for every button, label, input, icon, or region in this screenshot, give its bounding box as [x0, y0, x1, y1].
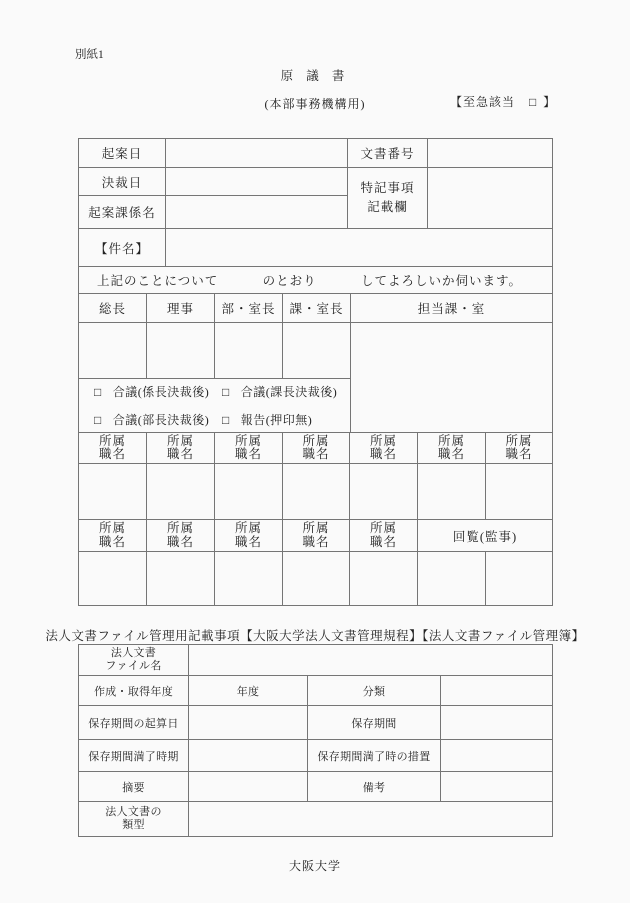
doc-type-field [189, 802, 553, 837]
consult-checkbox-3-icon[interactable]: □ [94, 413, 102, 427]
document-page: 別紙1 原 議 書 (本部事務機構用) 【至急該当 □ 】 起案日 文書番号 決… [0, 0, 630, 903]
stamp-cell [283, 552, 350, 606]
stamp-cell [418, 552, 486, 606]
consult-checkbox-1-icon[interactable]: □ [94, 385, 102, 399]
inquiry-text-1: 上記のことについて [97, 271, 218, 289]
stamp-cell [486, 464, 553, 520]
retention-period-field [441, 706, 553, 740]
summary-label: 摘要 [79, 772, 189, 802]
document-title: 原 議 書 [0, 66, 630, 84]
consult-option-3: □合議(部長決裁後) [94, 411, 222, 428]
consult-option-1-label: 合議(係長決裁後) [113, 385, 210, 399]
stamp-cell [215, 464, 283, 520]
stamp-cell [283, 464, 350, 520]
retention-start-field [189, 706, 308, 740]
consult-checkbox-4-icon[interactable]: □ [222, 413, 230, 427]
retention-period-label: 保存期間 [308, 706, 441, 740]
affiliation-label: 所属 職名 [147, 433, 215, 464]
creation-year-label: 作成・取得年度 [79, 676, 189, 706]
draft-info-section: 起案日 文書番号 決裁日 特記事項 記載欄 起案課係名 [78, 138, 553, 229]
header-section-head: 課・室長 [283, 294, 351, 323]
consult-option-2-label: 合議(課長決裁後) [241, 385, 338, 399]
approval-date-label: 決裁日 [79, 168, 166, 196]
circulation-auditor-label: 回覧(監事) [418, 520, 553, 552]
subject-section: 【件名】 [78, 228, 553, 267]
inquiry-text-3: してよろしいか伺います。 [361, 271, 522, 289]
affiliation-label: 所属 職名 [215, 433, 283, 464]
affiliation-label: 所属 職名 [350, 433, 418, 464]
doc-type-label: 法人文書の 類型 [79, 802, 189, 837]
file-name-field [189, 645, 553, 676]
subject-field [166, 229, 553, 267]
consult-option-2: □合議(課長決裁後) [222, 383, 350, 400]
draft-date-label: 起案日 [79, 139, 166, 168]
draft-section-field [166, 196, 348, 229]
consultation-options-cell: □合議(係長決裁後) □合議(課長決裁後) □合議(部長決裁後) □報告(押印無… [79, 379, 351, 433]
affiliation-label: 所属 職名 [350, 520, 418, 552]
organization-name: 大阪大学 [0, 857, 630, 874]
executive-approval-section: 総長 理事 部・室長 課・室長 担当課・室 □合議(係長決裁後) [78, 293, 553, 433]
doc-number-label: 文書番号 [348, 139, 428, 168]
stamp-cell [79, 464, 147, 520]
approval-date-field [166, 168, 348, 196]
affiliation-label: 所属 職名 [79, 520, 147, 552]
stamp-cell [486, 552, 553, 606]
special-notes-label: 特記事項 記載欄 [348, 168, 428, 229]
affiliation-label: 所属 職名 [418, 433, 486, 464]
doc-number-field [428, 139, 553, 168]
consult-option-3-label: 合議(部長決裁後) [113, 413, 210, 427]
retention-start-label: 保存期間の起算日 [79, 706, 189, 740]
inquiry-text-2: のとおり [263, 271, 317, 289]
urgent-flag: 【至急該当 □ 】 [450, 93, 556, 110]
classification-field [441, 676, 553, 706]
creation-year-field: 年度 [189, 676, 308, 706]
subject-label: 【件名】 [79, 229, 166, 267]
file-management-table: 法人文書 ファイル名 作成・取得年度 年度 分類 保存期間の起算日 保存期間 保… [78, 644, 553, 837]
remarks-label: 備考 [308, 772, 441, 802]
affiliation-label: 所属 職名 [79, 433, 147, 464]
affiliation-label: 所属 職名 [283, 433, 350, 464]
stamp-cell-section-head [283, 323, 351, 379]
retention-expiry-label: 保存期間満了時期 [79, 740, 189, 772]
header-director: 理事 [147, 294, 215, 323]
stamp-cell [418, 464, 486, 520]
stamp-cell [147, 552, 215, 606]
stamp-cell-dept-head [215, 323, 283, 379]
expiry-measure-label: 保存期間満了時の措置 [308, 740, 441, 772]
consult-option-1: □合議(係長決裁後) [94, 383, 222, 400]
stamp-cell [79, 552, 147, 606]
retention-expiry-field [189, 740, 308, 772]
consult-option-4: □報告(押印無) [222, 411, 350, 428]
consult-option-4-label: 報告(押印無) [241, 413, 313, 427]
affiliation-label: 所属 職名 [215, 520, 283, 552]
urgent-label-suffix: 】 [543, 95, 556, 109]
special-notes-field [428, 168, 553, 229]
attachment-number: 別紙1 [75, 46, 104, 62]
remarks-field [441, 772, 553, 802]
stamp-cell [147, 464, 215, 520]
urgent-label-prefix: 【至急該当 [450, 95, 515, 109]
draft-section-label: 起案課係名 [79, 196, 166, 229]
stamp-cell-director [147, 323, 215, 379]
expiry-measure-field [441, 740, 553, 772]
urgent-checkbox-icon[interactable]: □ [529, 95, 537, 109]
file-table-caption: 法人文書ファイル管理用記載事項【大阪大学法人文書管理規程】【法人文書ファイル管理… [0, 626, 630, 644]
charge-section-field [351, 323, 553, 433]
header-dept-head: 部・室長 [215, 294, 283, 323]
draft-date-field [166, 139, 348, 168]
stamp-cell [215, 552, 283, 606]
stamp-cell-president [79, 323, 147, 379]
affiliation-label: 所属 職名 [486, 433, 553, 464]
inquiry-row-cell: 上記のことについて のとおり してよろしいか伺います。 [79, 267, 553, 294]
stamp-cell [350, 464, 418, 520]
affiliation-label: 所属 職名 [147, 520, 215, 552]
header-charge-section: 担当課・室 [351, 294, 553, 323]
inquiry-section: 上記のことについて のとおり してよろしいか伺います。 [78, 266, 553, 294]
consult-checkbox-2-icon[interactable]: □ [222, 385, 230, 399]
summary-field [189, 772, 308, 802]
affiliation-label: 所属 職名 [283, 520, 350, 552]
approval-table: 起案日 文書番号 決裁日 特記事項 記載欄 起案課係名 【件名】 [78, 138, 553, 606]
file-name-label: 法人文書 ファイル名 [79, 645, 189, 676]
stamp-cell [350, 552, 418, 606]
affiliation-stamp-section: 所属 職名 所属 職名 所属 職名 所属 職名 所属 職名 所属 職名 所属 職… [78, 432, 553, 606]
classification-label: 分類 [308, 676, 441, 706]
header-president: 総長 [79, 294, 147, 323]
